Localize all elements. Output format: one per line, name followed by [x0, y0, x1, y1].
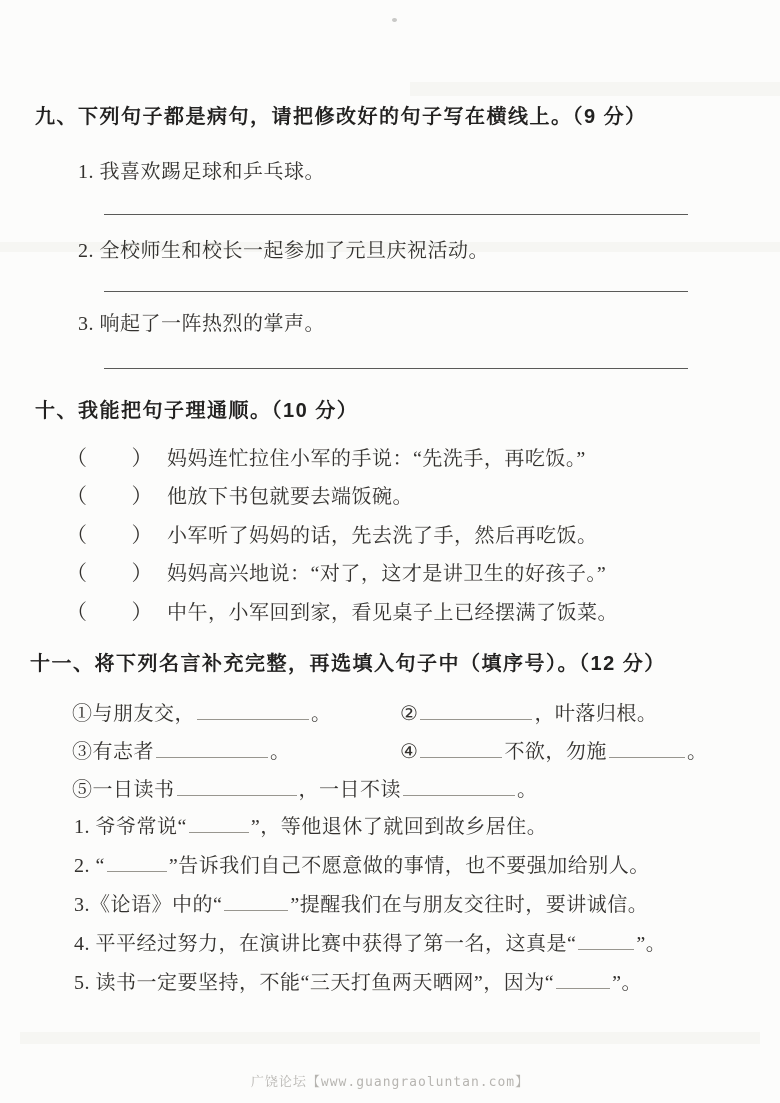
sentence-to-correct-3: 3. 响起了一阵热烈的掌声。: [78, 307, 325, 336]
sequence-row-3: （）小军听了妈妈的话，先去洗了手，然后再吃饭。: [66, 519, 598, 549]
usage-text: ”提醒我们在与朋友交往时，要讲诚信。: [290, 894, 648, 916]
section-9-title: 九、下列句子都是病句，请把修改好的句子写在横线上。（9 分）: [35, 100, 647, 129]
scan-band: [20, 1032, 760, 1044]
saying-blank-1: ①与朋友交，。: [72, 697, 332, 726]
saying-text: ⑤一日读书: [72, 779, 175, 801]
sequence-sentence: 小军听了妈妈的话，先去洗了手，然后再吃饭。: [167, 525, 598, 547]
sentence-to-correct-2: 2. 全校师生和校长一起参加了元旦庆祝活动。: [78, 234, 489, 263]
sequence-sentence: 中午，小军回到家，看见桌子上已经摆满了饭菜。: [167, 602, 618, 624]
sentence-to-correct-1: 1. 我喜欢踢足球和乒乓球。: [78, 155, 325, 184]
usage-text: 5. 读书一定要坚持，不能“三天打鱼两天晒网”，因为“: [74, 972, 554, 994]
sequence-sentence: 妈妈连忙拉住小军的手说：“先洗手，再吃饭。”: [167, 448, 586, 470]
usage-text: ”。: [612, 972, 642, 994]
usage-item-2: 2. “”告诉我们自己不愿意做的事情，也不要强加给别人。: [74, 849, 650, 878]
usage-text: 4. 平平经过努力，在演讲比赛中获得了第一名，这真是“: [74, 933, 576, 955]
fill-blank: [177, 780, 297, 796]
usage-item-1: 1. 爷爷常说“”，等他退休了就回到故乡居住。: [74, 810, 547, 839]
worksheet-page: 九、下列句子都是病句，请把修改好的句子写在横线上。（9 分） 1. 我喜欢踢足球…: [0, 0, 780, 1103]
saying-text: 。: [270, 741, 291, 763]
saying-text: ①与朋友交，: [72, 703, 195, 725]
left-paren: （: [66, 600, 88, 624]
answer-line-3: [104, 368, 688, 369]
usage-text: 3.《论语》中的“: [74, 894, 222, 916]
right-paren: ）: [132, 446, 154, 470]
sequence-row-4: （）妈妈高兴地说：“对了，这才是讲卫生的好孩子。”: [66, 557, 606, 587]
saying-blank-4: ④不欲，勿施。: [400, 735, 707, 764]
scan-speck: [392, 18, 397, 22]
usage-text: ”，等他退休了就回到故乡居住。: [251, 816, 547, 838]
fill-blank: [420, 742, 502, 758]
usage-text: 1. 爷爷常说“: [74, 816, 187, 838]
usage-text: 2. “: [74, 855, 105, 877]
saying-text: 。: [517, 779, 538, 801]
sequence-sentence: 他放下书包就要去端饭碗。: [167, 486, 413, 508]
right-paren: ）: [132, 484, 154, 508]
scan-band: [410, 82, 780, 96]
saying-text: 。: [687, 741, 708, 763]
fill-blank: [197, 704, 309, 720]
left-paren: （: [66, 523, 88, 547]
sequence-row-2: （）他放下书包就要去端饭碗。: [66, 480, 413, 510]
answer-line-1: [104, 214, 688, 215]
saying-blank-3: ③有志者。: [72, 735, 291, 764]
saying-text: ，叶落归根。: [534, 703, 657, 725]
fill-blank: [156, 742, 268, 758]
sequence-row-1: （）妈妈连忙拉住小军的手说：“先洗手，再吃饭。”: [66, 442, 586, 472]
right-paren: ）: [132, 561, 154, 585]
fill-blank: [224, 895, 288, 911]
usage-text: ”。: [636, 933, 666, 955]
answer-line-2: [104, 291, 688, 292]
watermark-footer: 广饶论坛【www.guangraoluntan.com】: [0, 1071, 780, 1090]
sequence-row-5: （）中午，小军回到家，看见桌子上已经摆满了饭菜。: [66, 596, 618, 626]
left-paren: （: [66, 484, 88, 508]
right-paren: ）: [132, 523, 154, 547]
saying-blank-5: ⑤一日读书，一日不读。: [72, 773, 538, 802]
saying-text: 。: [311, 703, 332, 725]
fill-blank: [403, 780, 515, 796]
fill-blank: [107, 856, 167, 872]
usage-item-3: 3.《论语》中的“”提醒我们在与朋友交往时，要讲诚信。: [74, 888, 648, 917]
section-10-title: 十、我能把句子理通顺。（10 分）: [35, 394, 358, 423]
saying-text: 不欲，勿施: [504, 741, 607, 763]
fill-blank: [420, 704, 532, 720]
sequence-sentence: 妈妈高兴地说：“对了，这才是讲卫生的好孩子。”: [167, 563, 606, 585]
saying-text: ，一日不读: [299, 779, 402, 801]
usage-text: ”告诉我们自己不愿意做的事情，也不要强加给别人。: [169, 855, 650, 877]
fill-blank: [556, 973, 610, 989]
left-paren: （: [66, 446, 88, 470]
saying-blank-2: ②，叶落归根。: [400, 697, 657, 726]
fill-blank: [578, 934, 634, 950]
saying-text: ④: [400, 741, 418, 763]
usage-item-5: 5. 读书一定要坚持，不能“三天打鱼两天晒网”，因为“”。: [74, 966, 642, 995]
right-paren: ）: [132, 600, 154, 624]
saying-text: ③有志者: [72, 741, 154, 763]
usage-item-4: 4. 平平经过努力，在演讲比赛中获得了第一名，这真是“”。: [74, 927, 666, 956]
fill-blank: [189, 817, 249, 833]
saying-text: ②: [400, 703, 418, 725]
section-11-title: 十一、将下列名言补充完整，再选填入句子中（填序号）。（12 分）: [30, 647, 666, 676]
left-paren: （: [66, 561, 88, 585]
fill-blank: [609, 742, 685, 758]
